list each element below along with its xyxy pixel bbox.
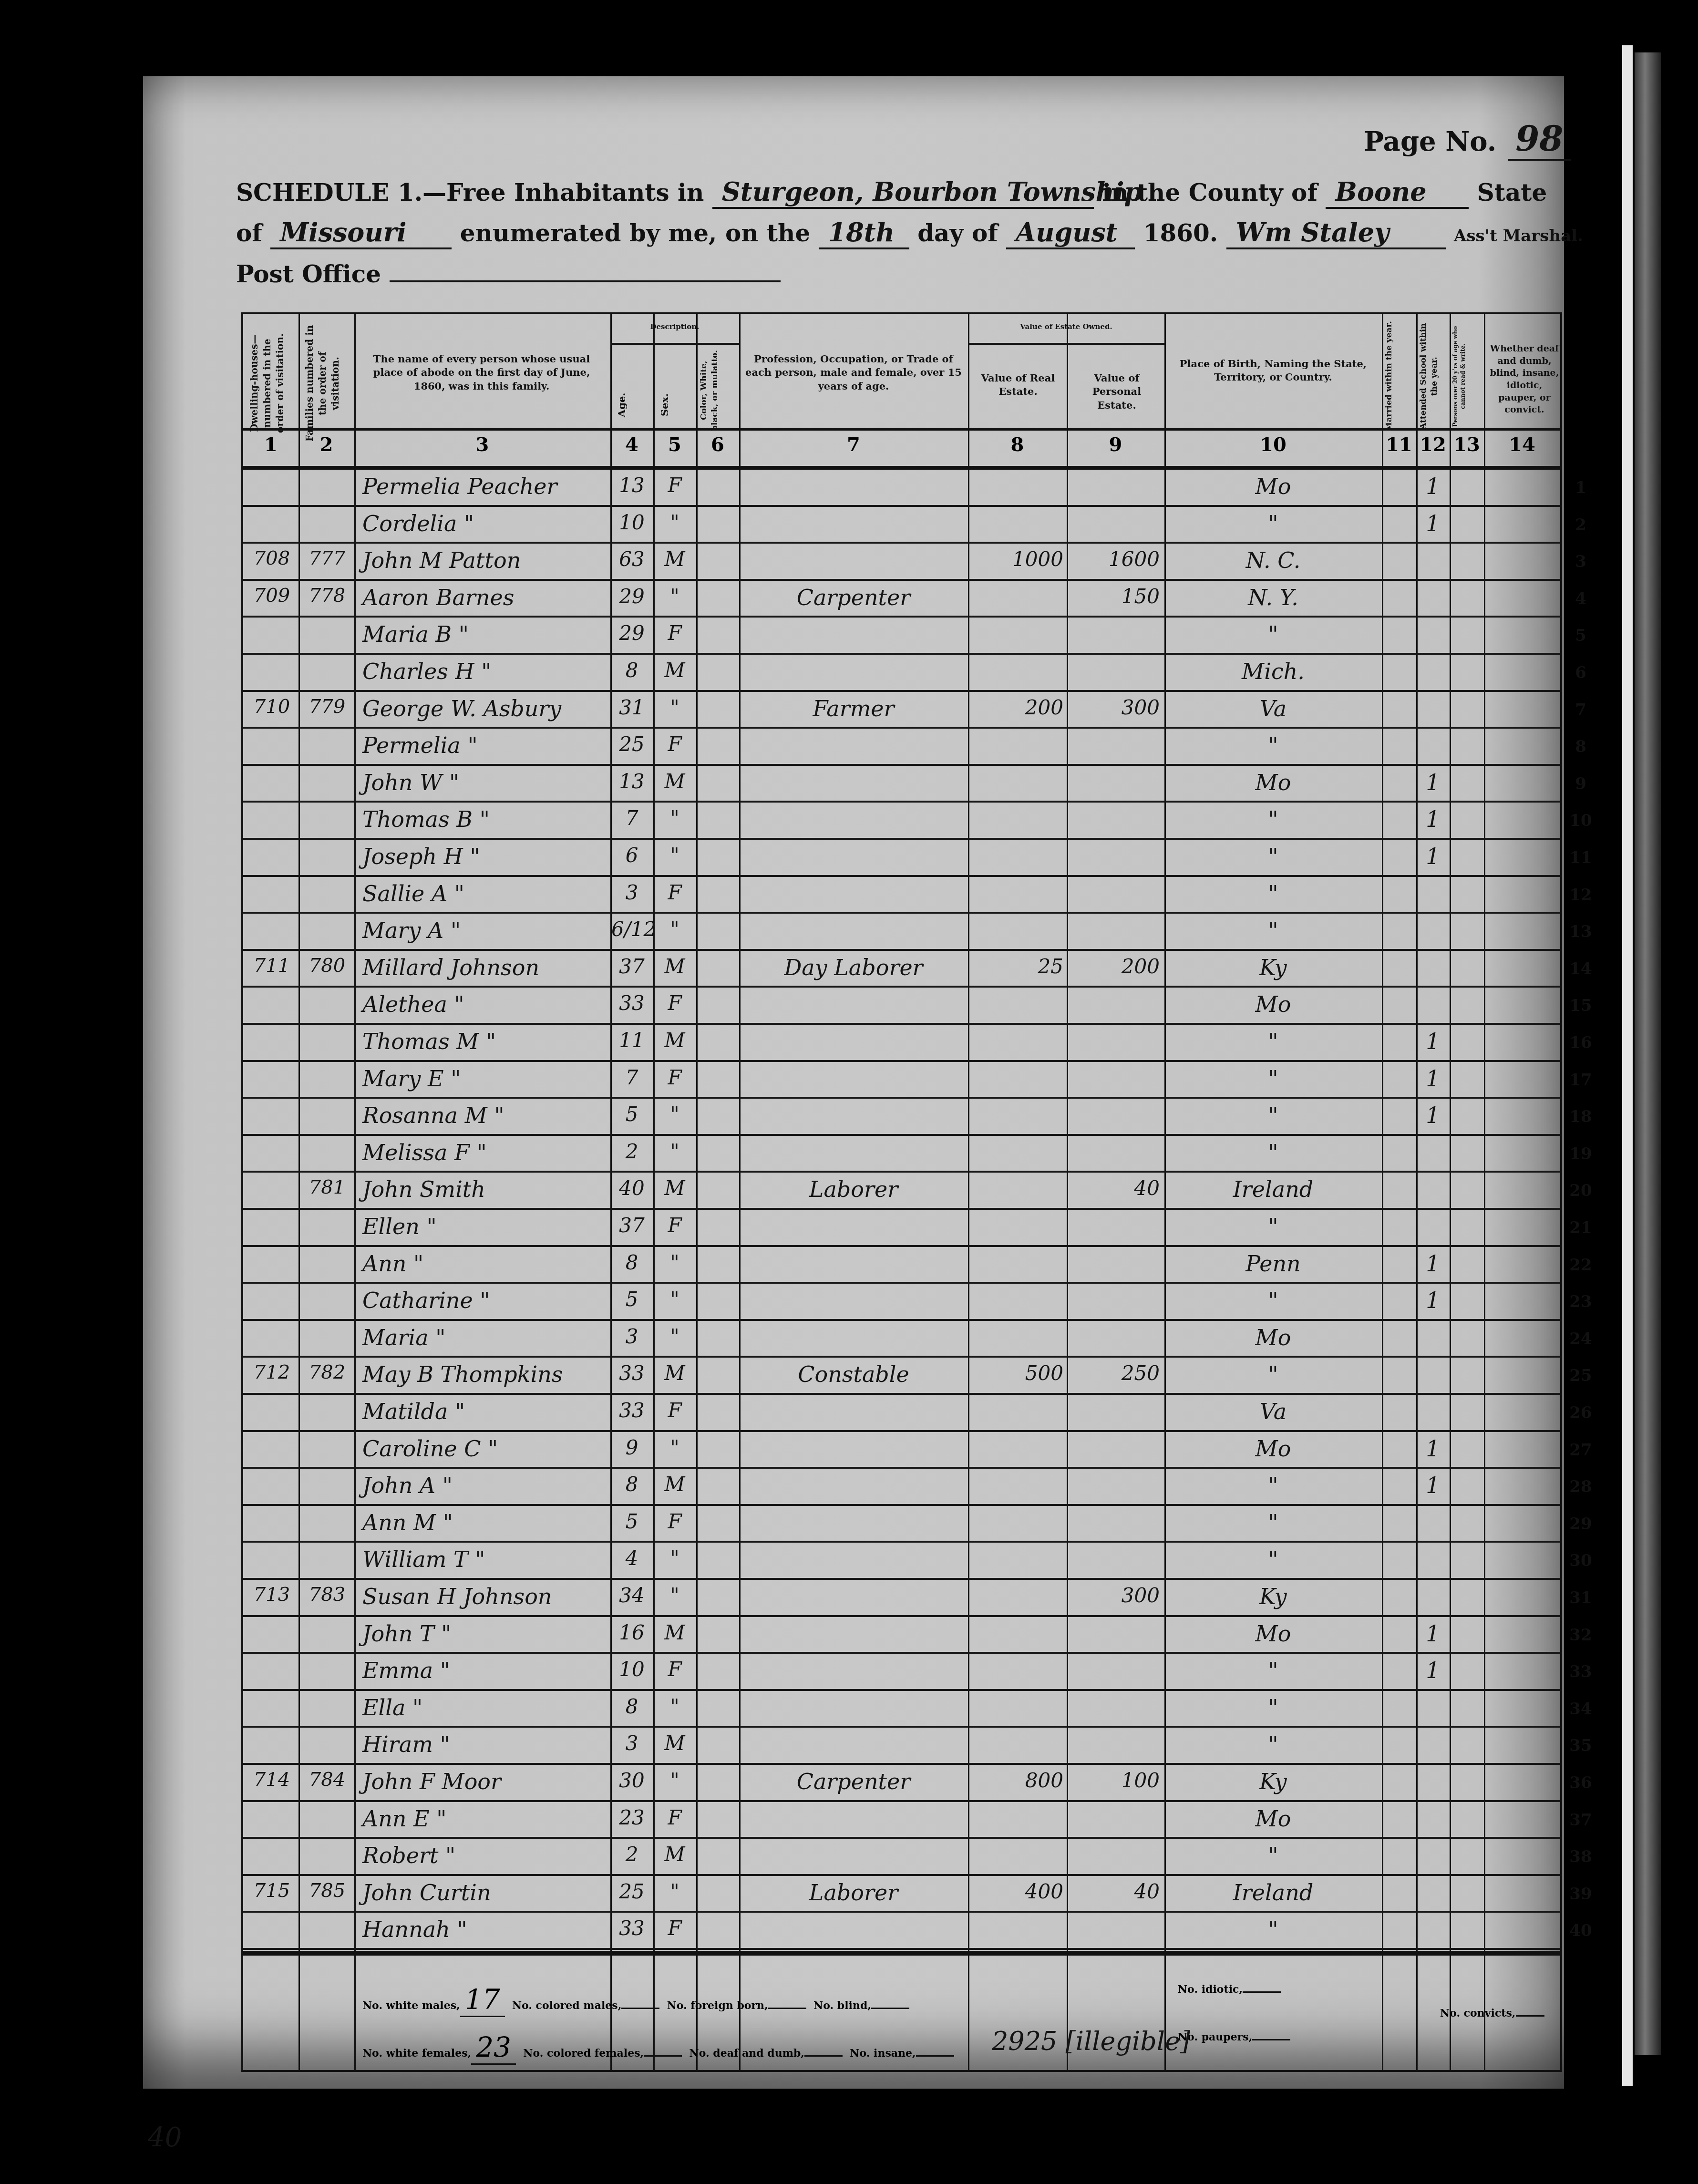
birthplace-cell: Mo [1167,1806,1379,1832]
row-number: 28 [1564,1477,1597,1496]
birthplace-cell: " [1167,881,1379,907]
birthplace-cell: " [1167,1066,1379,1092]
age-cell: 13 [611,770,652,793]
age-cell: 33 [611,991,652,1015]
sex-cell: " [654,1880,695,1903]
birthplace-cell: " [1167,1102,1379,1128]
personal-estate-value: 40 [1069,1880,1160,1903]
sex-cell: F [654,1806,695,1829]
person-name: Emma " [362,1658,608,1683]
col-rule [298,314,300,2070]
real-estate-value: 500 [970,1361,1063,1385]
row-rule [243,1134,1560,1136]
birthplace-cell: Mo [1167,1621,1379,1647]
personal-estate-value: 100 [1069,1769,1160,1792]
person-name: Mary E " [362,1066,608,1092]
row-rule [243,1023,1560,1025]
family-number: 779 [301,696,353,718]
state-field: Missouri [270,217,452,249]
sex-cell: " [654,1546,695,1570]
age-cell: 25 [611,1880,652,1903]
birthplace-cell: Mo [1167,770,1379,795]
sex-cell: M [654,1621,695,1644]
row-number: 35 [1564,1736,1597,1755]
birthplace-cell: " [1167,1140,1379,1165]
col-rule [1067,314,1068,2070]
real-estate-value: 25 [970,955,1063,978]
person-name: John A " [362,1473,608,1498]
family-number: 781 [301,1176,353,1198]
birthplace-cell: Ireland [1167,1880,1379,1906]
row-number: 34 [1564,1700,1597,1719]
person-name: Catharine " [362,1288,608,1313]
group-rule [968,343,1164,345]
summary-label: No. colored males, [512,1999,621,2012]
blank [1243,1991,1281,1993]
col-header-9: Value of Personal Estate. [1071,371,1162,412]
summary-top-rule [243,1951,1560,1956]
row-number: 40 [1564,1921,1597,1940]
occupation-cell: Constable [741,1361,966,1387]
col-rule [354,314,356,2070]
age-cell: 7 [611,1066,652,1089]
col-header-2: Families numbered in the order of visita… [303,324,351,443]
row-rule [243,1097,1560,1099]
row-rule [243,727,1560,729]
sex-cell: M [654,547,695,571]
row-number: 33 [1564,1662,1597,1681]
person-name: Rosanna M " [362,1102,608,1128]
row-number: 30 [1564,1551,1597,1570]
day-of-label: day of [917,219,998,247]
row-number: 27 [1564,1441,1597,1460]
row-number: 23 [1564,1292,1597,1311]
summary-label: No. convicts, [1440,2007,1516,2019]
age-cell: 10 [611,511,652,534]
person-name: John F Moor [362,1769,608,1794]
age-cell: 25 [611,732,652,756]
col-number: 14 [1484,433,1560,456]
birthplace-cell: " [1167,844,1379,869]
summary-label: No. insane, [850,2047,916,2060]
col-number: 3 [354,433,610,456]
day-field: 18th [819,217,909,249]
blank [1516,2015,1544,2017]
birthplace-cell: Va [1167,1399,1379,1424]
attended-school-mark: 1 [1417,1658,1449,1683]
row-rule [243,1430,1560,1432]
dwelling-number: 710 [246,696,298,718]
person-name: John Curtin [362,1880,608,1906]
row-number: 5 [1564,626,1597,645]
age-cell: 3 [611,1731,652,1755]
person-name: John M Patton [362,547,608,573]
row-rule [243,505,1560,507]
person-name: Thomas M " [362,1029,608,1054]
row-rule [243,986,1560,988]
age-cell: 16 [611,1621,652,1644]
age-cell: 29 [611,621,652,645]
age-cell: 10 [611,1658,652,1681]
row-rule [243,1245,1560,1247]
real-estate-value: 200 [970,696,1063,719]
row-rule [243,1615,1560,1617]
row-number: 1 [1564,478,1597,497]
row-rule [243,542,1560,544]
row-number: 2 [1564,515,1597,535]
col-rule [1484,314,1485,2070]
birthplace-cell: N. C. [1167,547,1379,573]
row-rule [243,1319,1560,1321]
col-number: 1 [243,433,298,456]
col-rule [739,314,741,2070]
person-name: Sallie A " [362,881,608,907]
blank [1252,2039,1290,2040]
blank [621,2008,659,2009]
birthplace-cell: Va [1167,696,1379,721]
col-header-12: Attended School within the year. [1418,319,1449,433]
county-field: Boone [1326,176,1469,209]
sex-cell: " [654,1102,695,1126]
sex-cell: " [654,844,695,867]
age-cell: 33 [611,1399,652,1422]
sex-cell: F [654,1510,695,1533]
col-rule [1416,314,1418,2070]
personal-estate-value: 1600 [1069,547,1160,571]
row-number: 22 [1564,1256,1597,1275]
age-cell: 11 [611,1029,652,1052]
row-number: 19 [1564,1144,1597,1164]
attended-school-mark: 1 [1417,1251,1449,1277]
attended-school-mark: 1 [1417,770,1449,795]
birthplace-cell: Mo [1167,991,1379,1017]
age-cell: 5 [611,1510,652,1533]
sex-cell: " [654,696,695,719]
row-rule [243,875,1560,877]
row-rule [243,801,1560,803]
family-number: 785 [301,1880,353,1902]
col-number: 12 [1416,433,1450,456]
marshal-name-field: Wm Staley [1226,217,1446,249]
person-name: May B Thompkins [362,1361,608,1387]
personal-estate-value: 40 [1069,1176,1160,1200]
col-header-8: Value of Real Estate. [973,371,1063,399]
birthplace-cell: Mo [1167,1325,1379,1350]
birthplace-cell: " [1167,1695,1379,1720]
description-group-header: Description. [610,322,739,331]
real-estate-value: 1000 [970,547,1063,571]
personal-estate-value: 300 [1069,1584,1160,1607]
row-rule [243,653,1560,655]
col-rule [1382,314,1383,2070]
sex-cell: " [654,1769,695,1792]
dwelling-number: 708 [246,547,298,569]
row-number: 12 [1564,886,1597,905]
person-name: Hannah " [362,1916,608,1942]
personal-estate-value: 200 [1069,955,1160,978]
white-females-value: 23 [471,2031,516,2065]
birthplace-cell: " [1167,806,1379,832]
age-cell: 2 [611,1140,652,1163]
blank [871,2008,909,2009]
sex-cell: M [654,1473,695,1496]
age-cell: 34 [611,1584,652,1607]
row-rule [243,1504,1560,1506]
blank [916,2055,954,2057]
of-label: of [236,219,262,247]
row-rule [243,1208,1560,1210]
summary-label: No. deaf and dumb, [689,2047,804,2060]
attended-school-mark: 1 [1417,1436,1449,1462]
summary-label: No. blind, [813,1999,871,2012]
age-cell: 23 [611,1806,652,1829]
header-rule [243,428,1560,431]
page-number-label: Page No. [1364,126,1496,157]
attended-school-mark: 1 [1417,1029,1449,1054]
sex-cell: M [654,1361,695,1385]
family-number: 777 [301,547,353,569]
age-cell: 7 [611,806,652,830]
row-rule [243,1578,1560,1580]
row-rule [243,1837,1560,1839]
sex-cell: " [654,511,695,534]
state-label: State [1477,178,1547,206]
col-header-1: Dwelling-houses— numbered in the order o… [248,324,296,443]
attended-school-mark: 1 [1417,1102,1449,1128]
sex-cell: F [654,1399,695,1422]
row-number: 4 [1564,589,1597,608]
row-rule [243,1541,1560,1543]
year-label: 1860. [1143,219,1218,247]
col-header-13: Persons over 20 y'rs of age who cannot r… [1451,319,1482,433]
row-number: 10 [1564,811,1597,830]
data-top-rule [243,466,1560,470]
sex-cell: F [654,1214,695,1237]
personal-estate-value: 150 [1069,585,1160,608]
birthplace-cell: " [1167,917,1379,943]
family-number: 778 [301,585,353,607]
row-number: 24 [1564,1329,1597,1349]
person-name: Permelia " [362,732,608,758]
birthplace-cell: " [1167,1731,1379,1757]
person-name: Maria " [362,1325,608,1350]
summary-label: No. colored females, [523,2047,644,2060]
row-number: 36 [1564,1773,1597,1793]
col-number: 5 [653,433,696,456]
birthplace-cell: " [1167,621,1379,647]
row-number: 6 [1564,663,1597,682]
row-rule [243,1171,1560,1173]
age-cell: 5 [611,1102,652,1126]
sex-cell: F [654,621,695,645]
birthplace-cell: Ireland [1167,1176,1379,1202]
dwelling-number: 713 [246,1584,298,1606]
person-name: Caroline C " [362,1436,608,1462]
birthplace-cell: " [1167,1843,1379,1868]
col-number: 4 [610,433,653,456]
summary-label: No. foreign born, [667,1999,768,2012]
age-cell: 2 [611,1843,652,1866]
family-number: 784 [301,1769,353,1791]
sex-cell: " [654,1325,695,1348]
birthplace-cell: Mo [1167,474,1379,499]
personal-estate-value: 250 [1069,1361,1160,1385]
person-name: Ann " [362,1251,608,1277]
page-edge [1622,45,1633,2086]
col-header-6: Color, White, black, or mulatto. [699,348,737,433]
birthplace-cell: " [1167,1214,1379,1239]
age-cell: 37 [611,1214,652,1237]
birthplace-cell: " [1167,1916,1379,1942]
attended-school-mark: 1 [1417,474,1449,499]
census-table: Description. Value of Estate Owned. Dwel… [241,312,1562,2072]
attended-school-mark: 1 [1417,844,1449,869]
row-number: 18 [1564,1107,1597,1126]
col-header-3: The name of every person whose usual pla… [367,352,596,393]
person-name: Charles H " [362,659,608,684]
row-number: 11 [1564,848,1597,867]
col-header-7: Profession, Occupation, or Trade of each… [744,352,963,393]
row-rule [243,1948,1560,1950]
person-name: Permelia Peacher [362,474,608,499]
row-number: 26 [1564,1403,1597,1422]
row-number: 31 [1564,1588,1597,1607]
page-edge-shadow [1635,52,1661,2055]
age-cell: 4 [611,1546,652,1570]
col-header-10: Place of Birth, Naming the State, Territ… [1173,357,1373,384]
age-cell: 6/12 [611,917,652,941]
person-name: Mary A " [362,917,608,943]
birthplace-cell: " [1167,1546,1379,1572]
age-cell: 40 [611,1176,652,1200]
real-estate-value: 400 [970,1880,1063,1903]
sex-cell: M [654,770,695,793]
dwelling-number: 711 [246,955,298,977]
birthplace-cell: " [1167,1510,1379,1535]
occupation-cell: Farmer [741,696,966,721]
col-number: 10 [1164,433,1382,456]
attended-school-mark: 1 [1417,1066,1449,1092]
age-cell: 31 [611,696,652,719]
person-name: John T " [362,1621,608,1647]
month-field: August [1006,217,1135,249]
birthplace-cell: N. Y. [1167,585,1379,610]
occupation-cell: Laborer [741,1880,966,1906]
sex-cell: " [654,1288,695,1311]
person-name: Millard Johnson [362,955,608,980]
summary-label: No. white females, [362,2047,471,2060]
age-cell: 6 [611,844,652,867]
row-rule [243,764,1560,766]
age-cell: 33 [611,1361,652,1385]
row-number: 37 [1564,1811,1597,1830]
family-number: 780 [301,955,353,977]
birthplace-cell: " [1167,1658,1379,1683]
age-cell: 8 [611,1695,652,1718]
summary-label: No. idiotic, [1178,1983,1243,1996]
personal-estate-value: 300 [1069,696,1160,719]
col-number: 2 [298,433,354,456]
attended-school-mark: 1 [1417,1621,1449,1647]
col-header-11: Married within the year. [1384,319,1414,433]
person-name: Alethea " [362,991,608,1017]
occupation-cell: Carpenter [741,1769,966,1794]
idiotic-summary: No. idiotic, [1178,1983,1281,1996]
col-header-14: Whether deaf and dumb, blind, insane, id… [1489,343,1560,416]
row-number: 25 [1564,1366,1597,1385]
row-rule [243,838,1560,840]
row-number: 20 [1564,1181,1597,1200]
age-cell: 13 [611,474,652,497]
family-number: 782 [301,1361,353,1383]
age-cell: 29 [611,585,652,608]
sex-cell: " [654,917,695,941]
sex-cell: F [654,1066,695,1089]
col-number: 13 [1450,433,1484,456]
person-name: Ella " [362,1695,608,1720]
row-rule [243,1874,1560,1876]
person-name: Ann M " [362,1510,608,1535]
row-number: 21 [1564,1218,1597,1237]
sex-cell: F [654,1658,695,1681]
age-cell: 30 [611,1769,652,1792]
age-cell: 8 [611,1473,652,1496]
person-name: Ann E " [362,1806,608,1832]
row-number: 14 [1564,959,1597,979]
sex-cell: M [654,955,695,978]
sex-cell: F [654,474,695,497]
person-name: Robert " [362,1843,608,1868]
col-rule [696,314,698,2070]
paupers-summary: No. paupers, [1178,2031,1290,2043]
header-line-3: Post Office [236,260,781,288]
person-name: Cordelia " [362,511,608,536]
dwelling-number: 714 [246,1769,298,1791]
row-rule [243,1763,1560,1765]
sex-cell: M [654,1731,695,1755]
col-number: 7 [739,433,968,456]
row-number: 16 [1564,1033,1597,1052]
place-field: Sturgeon, Bourbon Township [712,176,1094,209]
sex-cell: " [654,1251,695,1274]
row-number: 8 [1564,737,1597,756]
person-name: John Smith [362,1176,608,1202]
col-rule [968,314,969,2070]
age-cell: 8 [611,1251,652,1274]
row-rule [243,1726,1560,1728]
sex-cell: F [654,991,695,1015]
blank [768,2008,806,2009]
person-name: Hiram " [362,1731,608,1757]
sex-cell: " [654,806,695,830]
col-number: 8 [968,433,1067,456]
person-name: Maria B " [362,621,608,647]
birthplace-cell: " [1167,1029,1379,1054]
birthplace-cell: Penn [1167,1251,1379,1277]
birthplace-cell: Ky [1167,955,1379,980]
row-rule [243,1467,1560,1469]
sex-cell: M [654,1029,695,1052]
birthplace-cell: " [1167,1361,1379,1387]
white-females-summary: No. white females,23 No. colored females… [362,2031,954,2063]
row-rule [243,1652,1560,1654]
white-males-summary: No. white males,17 No. colored males, No… [362,1983,909,2016]
birthplace-cell: " [1167,1473,1379,1498]
estate-group-header: Value of Estate Owned. [968,322,1164,331]
age-cell: 37 [611,955,652,978]
attended-school-mark: 1 [1417,1473,1449,1498]
age-cell: 63 [611,547,652,571]
